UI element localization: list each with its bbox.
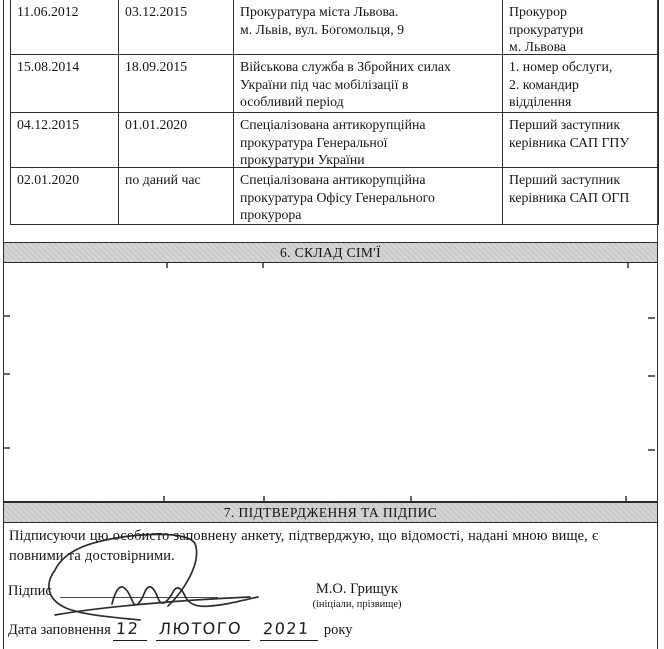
date-day-handwritten: 12	[115, 619, 140, 638]
scan-artifact-tick	[3, 315, 10, 317]
date-month-field: ЛЮТОГО	[156, 619, 250, 641]
signee-caption: (ініціали, прізвище)	[301, 599, 413, 610]
cell-date-from: 15.08.2014	[11, 55, 119, 113]
scan-artifact-tick	[410, 496, 412, 501]
cell-date-to: по даний час	[119, 168, 234, 225]
date-month-handwritten: ЛЮТОГО	[159, 619, 243, 639]
scan-artifact-tick	[3, 373, 10, 375]
cell-date-to: 03.12.2015	[119, 0, 234, 55]
cell-position: Прокурор прокуратури м. Львова	[503, 0, 659, 55]
cell-position: Перший заступник керівника САП ОГП	[503, 168, 659, 225]
scan-artifact-tick	[627, 263, 629, 268]
cell-date-to: 18.09.2015	[119, 55, 234, 113]
date-year-handwritten: 2021	[263, 619, 311, 638]
scan-artifact-tick	[648, 375, 655, 377]
cell-date-from: 11.06.2012	[11, 0, 119, 55]
section-family-header: 6. СКЛАД СІМ'Ї	[4, 243, 657, 263]
fill-date-row: Дата заповнення 12 ЛЮТОГО 2021 року	[8, 619, 352, 641]
cell-place: Спеціалізована антикорупційна прокуратур…	[234, 113, 503, 168]
signee-block: М.О. Грищук (ініціали, прізвище)	[301, 581, 413, 610]
scan-artifact-tick	[163, 496, 165, 501]
date-day-field: 12	[113, 619, 147, 641]
scan-artifact-tick	[262, 263, 264, 268]
signee-name: М.О. Грищук	[301, 581, 413, 598]
section-confirmation-header: 7. ПІДТВЕРДЖЕННЯ ТА ПІДПИС	[4, 503, 657, 523]
employment-history-table: 11.06.2012 03.12.2015 Прокуратура міста …	[10, 0, 658, 225]
cell-date-from: 04.12.2015	[11, 113, 119, 168]
cell-place: Спеціалізована антикорупційна прокуратур…	[234, 168, 503, 225]
scan-artifact-tick	[3, 447, 10, 449]
scan-artifact-tick	[625, 496, 627, 501]
signature-handwriting-icon	[35, 523, 265, 625]
section-family: 6. СКЛАД СІМ'Ї	[3, 242, 658, 502]
scan-artifact-tick	[263, 496, 265, 501]
cell-position: Перший заступник керівника САП ГПУ	[503, 113, 659, 168]
scan-artifact-tick	[166, 263, 168, 268]
scanned-questionnaire-page: 11.06.2012 03.12.2015 Прокуратура міста …	[0, 0, 664, 649]
cell-date-to: 01.01.2020	[119, 113, 234, 168]
cell-date-from: 02.01.2020	[11, 168, 119, 225]
cell-place: Військова служба в Збройних силах Україн…	[234, 55, 503, 113]
scan-artifact-tick	[648, 449, 655, 451]
scan-artifact-tick	[648, 317, 655, 319]
date-year-field: 2021	[260, 619, 318, 641]
date-label: Дата заповнення	[8, 622, 111, 641]
cell-position: 1. номер обслуги, 2. командир відділення	[503, 55, 659, 113]
cell-place: Прокуратура міста Львова. м. Львів, вул.…	[234, 0, 503, 55]
date-suffix: року	[324, 622, 353, 641]
